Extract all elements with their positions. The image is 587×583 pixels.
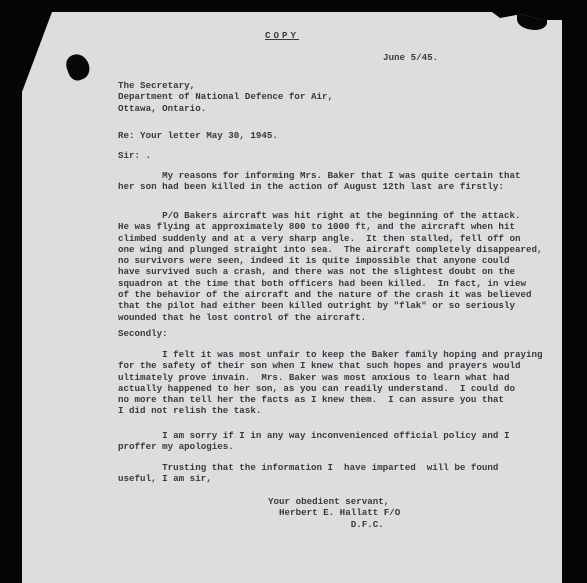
reference-line: Re: Your letter May 30, 1945. — [118, 130, 278, 141]
paragraph-2: P/O Bakers aircraft was hit right at the… — [118, 210, 543, 323]
recipient-address: The Secretary, Department of National De… — [118, 80, 333, 114]
secondly-heading: Secondly: — [118, 328, 168, 339]
salutation: Sir: . — [118, 150, 151, 161]
signature-block: Your obedient servant, Herbert E. Hallat… — [268, 496, 400, 530]
paragraph-4: I am sorry if I in any way inconvenience… — [118, 430, 509, 453]
torn-corner — [517, 12, 547, 30]
punch-hole — [63, 51, 93, 83]
paragraph-1: My reasons for informing Mrs. Baker that… — [118, 170, 520, 193]
copy-header: COPY — [265, 30, 299, 41]
letter-page: COPY June 5/45. The Secretary, Departmen… — [22, 12, 562, 583]
letter-date: June 5/45. — [383, 52, 438, 63]
paragraph-3: I felt it was most unfair to keep the Ba… — [118, 349, 543, 417]
paragraph-5: Trusting that the information I have imp… — [118, 462, 498, 485]
